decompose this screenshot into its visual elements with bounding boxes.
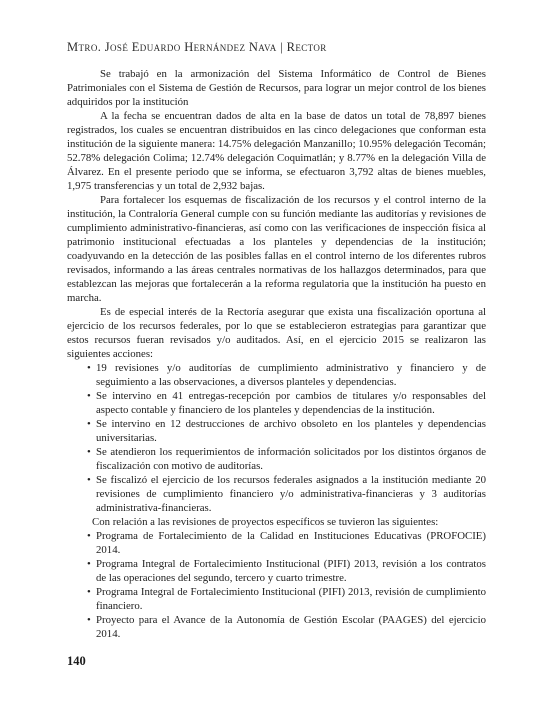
list-item-pifi-financiero: Programa Integral de Fortalecimiento Ins… (96, 585, 486, 613)
paragraph-armonizacion: Se trabajó en la armonización del Sistem… (67, 67, 486, 109)
transition-line: Con relación a las revisiones de proyect… (67, 515, 486, 529)
page-body: Se trabajó en la armonización del Sistem… (67, 67, 486, 641)
paragraph-rectoria-fiscalizacion: Es de especial interés de la Rectoría as… (67, 305, 486, 361)
bullet-list-acciones: 19 revisiones y/o auditorías de cumplimi… (67, 361, 486, 515)
list-item-recursos-federales: Se fiscalizó el ejercicio de los recurso… (96, 473, 486, 515)
running-header: Mtro. José Eduardo Hernández Nava | Rect… (67, 40, 327, 55)
list-item-paages: Proyecto para el Avance de la Autonomía … (96, 613, 486, 641)
bullet-list-proyectos: Programa de Fortalecimiento de la Calida… (67, 529, 486, 641)
list-item-entregas-recepcion: Se intervino en 41 entregas-recepción po… (96, 389, 486, 417)
page-number: 140 (67, 654, 86, 669)
list-item-pifi-contratos: Programa Integral de Fortalecimiento Ins… (96, 557, 486, 585)
list-item-destrucciones-archivo: Se intervino en 12 destrucciones de arch… (96, 417, 486, 445)
list-item-requerimientos: Se atendieron los requerimientos de info… (96, 445, 486, 473)
paragraph-bienes-registrados: A la fecha se encuentran dados de alta e… (67, 109, 486, 193)
document-page: Mtro. José Eduardo Hernández Nava | Rect… (0, 0, 552, 715)
list-item-profocie: Programa de Fortalecimiento de la Calida… (96, 529, 486, 557)
paragraph-contraloria: Para fortalecer los esquemas de fiscaliz… (67, 193, 486, 305)
list-item-revisiones: 19 revisiones y/o auditorías de cumplimi… (96, 361, 486, 389)
